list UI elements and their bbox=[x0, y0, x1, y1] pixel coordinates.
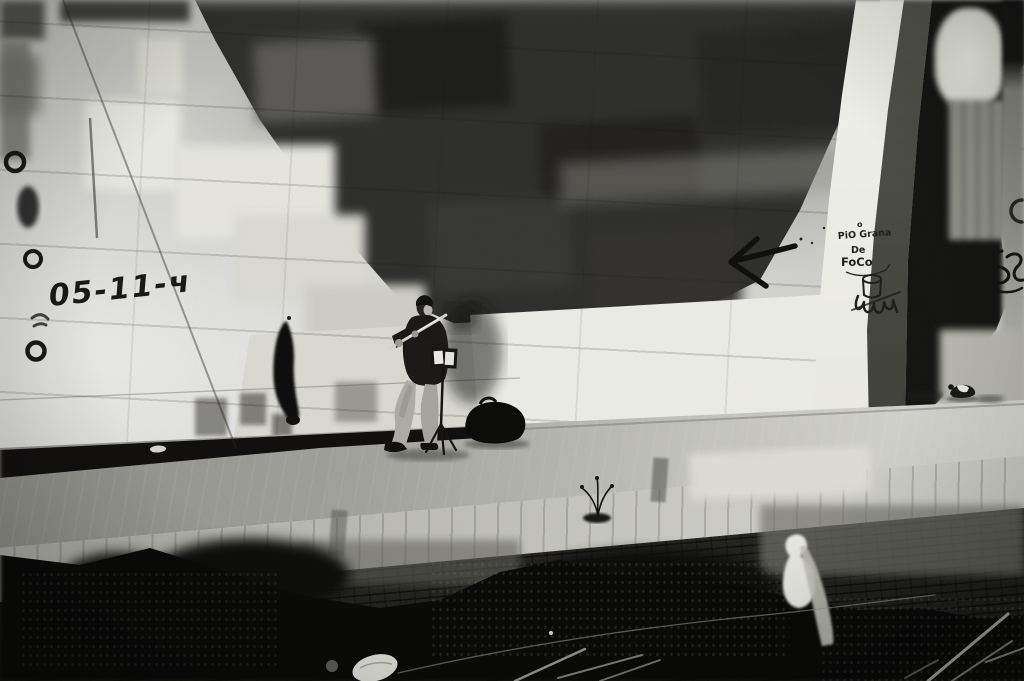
photograph: 05-11-ч bbox=[0, 0, 1024, 681]
vignette bbox=[0, 0, 1024, 681]
